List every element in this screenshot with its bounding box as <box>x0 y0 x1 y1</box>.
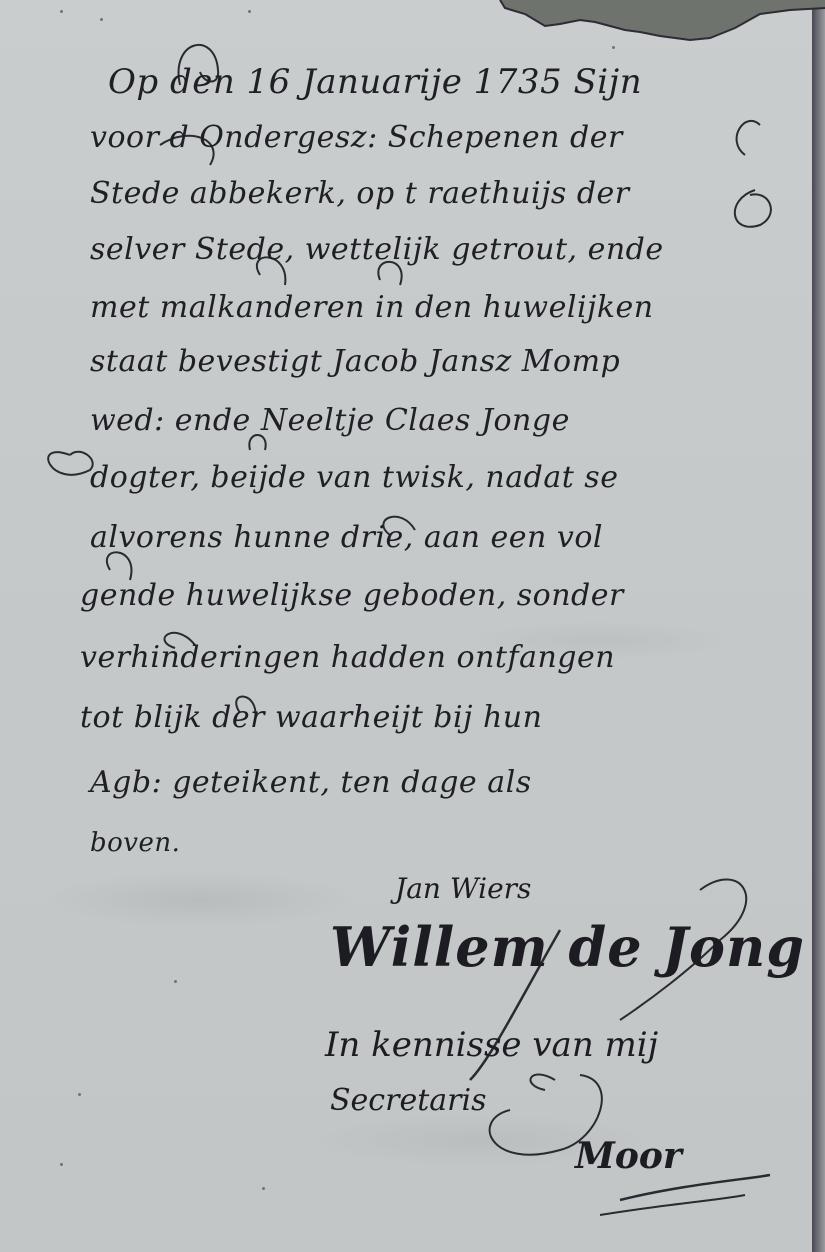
text-line-4: selver Stede, wettelijk getrout, ende <box>90 232 664 267</box>
text-line-13: Agb: geteikent, ten dage als <box>90 765 532 800</box>
text-line-2: voor d Ondergesz: Schepenen der <box>90 120 623 155</box>
secretary-title: Secretaris <box>330 1083 486 1118</box>
text-line-11: verhinderingen hadden ontfangen <box>80 640 615 675</box>
text-line-10: gende huwelijkse geboden, sonder <box>80 578 624 613</box>
witness-signature-willem-de-jong: Willem de Jong <box>330 915 805 979</box>
attestation-text: In kennisse van mij <box>325 1025 658 1065</box>
page-edge <box>812 0 825 1252</box>
text-line-9: alvorens hunne drie, aan een vol <box>90 520 603 555</box>
text-line-5: met malkanderen in den huwelijken <box>90 290 654 325</box>
text-line-6: staat bevestigt Jacob Jansz Momp <box>90 344 620 379</box>
text-line-3: Stede abbekerk, op t raethuijs der <box>90 176 630 211</box>
text-line-12: tot blijk der waarheijt bij hun <box>80 700 542 735</box>
text-line-8: dogter, beijde van twisk, nadat se <box>90 460 618 495</box>
text-line-7: wed: ende Neeltje Claes Jonge <box>90 403 570 438</box>
witness-signature-jan-wiers: Jan Wiers <box>395 872 531 905</box>
text-line-14: boven. <box>90 828 180 858</box>
text-line-1: Op den 16 Januarije 1735 Sijn <box>108 62 642 102</box>
secretary-signature: Moor <box>575 1135 682 1177</box>
